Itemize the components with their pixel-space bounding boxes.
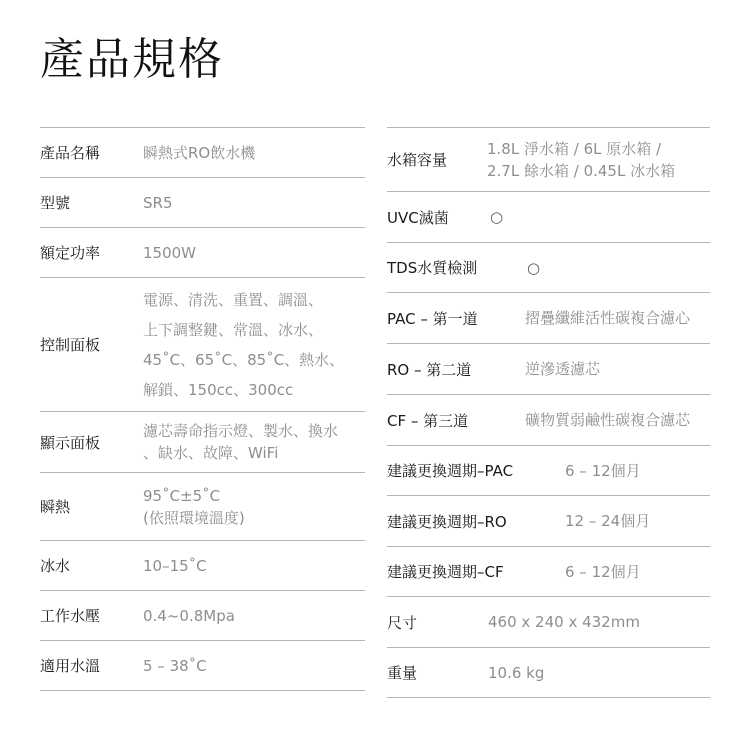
spec-row-uvc: UVC滅菌 ○ xyxy=(387,191,710,242)
spec-label: 瞬熱 xyxy=(40,496,143,517)
spec-label: CF – 第三道 xyxy=(387,410,525,431)
spec-value: 6 – 12個月 xyxy=(565,460,641,482)
spec-value: 礦物質弱鹼性碳複合濾芯 xyxy=(525,409,690,431)
spec-row-product-name: 產品名稱 瞬熱式RO飲水機 xyxy=(40,127,365,177)
spec-value: 電源、清洗、重置、調溫、 上下調整鍵、常溫、冰水、 45˚C、65˚C、85˚C… xyxy=(143,285,344,405)
spec-value: 摺疊纖維活性碳複合濾心 xyxy=(525,307,690,329)
spec-value: 460 x 240 x 432mm xyxy=(488,611,640,633)
spec-label: PAC – 第一道 xyxy=(387,308,525,329)
spec-value: 瞬熱式RO飲水機 xyxy=(143,142,255,164)
spec-row-water-temp: 適用水溫 5 – 38˚C xyxy=(40,640,365,691)
spec-value: 濾芯壽命指示燈、製水、換水 、缺水、故障、WiFi xyxy=(143,420,338,464)
spec-value: 1500W xyxy=(143,242,196,264)
spec-row-dimensions: 尺寸 460 x 240 x 432mm xyxy=(387,596,710,647)
spec-value: 逆滲透濾芯 xyxy=(525,358,600,380)
spec-row-instant-heat: 瞬熱 95˚C±5˚C (依照環境溫度) xyxy=(40,472,365,540)
circle-icon: ○ xyxy=(490,206,503,228)
spec-row-display-panel: 顯示面板 濾芯壽命指示燈、製水、換水 、缺水、故障、WiFi xyxy=(40,411,365,472)
spec-value: 5 – 38˚C xyxy=(143,655,207,677)
spec-label: RO – 第二道 xyxy=(387,359,525,380)
spec-row-water-pressure: 工作水壓 0.4~0.8Mpa xyxy=(40,590,365,640)
spec-row-weight: 重量 10.6 kg xyxy=(387,647,710,698)
spec-label: 建議更換週期–CF xyxy=(387,561,565,582)
spec-label: UVC滅菌 xyxy=(387,207,490,228)
spec-label: 水箱容量 xyxy=(387,149,487,170)
spec-value: SR5 xyxy=(143,192,173,214)
spec-label: 控制面板 xyxy=(40,334,143,355)
spec-row-rated-power: 額定功率 1500W xyxy=(40,227,365,277)
spec-row-ro: RO – 第二道 逆滲透濾芯 xyxy=(387,343,710,394)
page-title: 產品規格 xyxy=(40,38,224,82)
spec-value: 1.8L 淨水箱 / 6L 原水箱 / 2.7L 餘水箱 / 0.45L 冰水箱 xyxy=(487,138,675,182)
spec-label: 顯示面板 xyxy=(40,432,143,453)
spec-table-right: 水箱容量 1.8L 淨水箱 / 6L 原水箱 / 2.7L 餘水箱 / 0.45… xyxy=(387,127,710,698)
spec-label: 尺寸 xyxy=(387,612,488,633)
spec-value: 10.6 kg xyxy=(488,662,544,684)
circle-icon: ○ xyxy=(527,257,540,279)
spec-value: 6 – 12個月 xyxy=(565,561,641,583)
spec-label: 額定功率 xyxy=(40,242,143,263)
spec-label: 產品名稱 xyxy=(40,142,143,163)
spec-value: 10–15˚C xyxy=(143,555,207,577)
spec-row-model: 型號 SR5 xyxy=(40,177,365,227)
spec-value: 12 – 24個月 xyxy=(565,510,650,532)
spec-value: 0.4~0.8Mpa xyxy=(143,605,235,627)
spec-row-control-panel: 控制面板 電源、清洗、重置、調溫、 上下調整鍵、常溫、冰水、 45˚C、65˚C… xyxy=(40,277,365,411)
spec-row-pac: PAC – 第一道 摺疊纖維活性碳複合濾心 xyxy=(387,292,710,343)
spec-value: 95˚C±5˚C (依照環境溫度) xyxy=(143,485,245,529)
spec-row-cf: CF – 第三道 礦物質弱鹼性碳複合濾芯 xyxy=(387,394,710,445)
spec-row-replace-ro: 建議更換週期–RO 12 – 24個月 xyxy=(387,495,710,546)
spec-label: 型號 xyxy=(40,192,143,213)
spec-label: 重量 xyxy=(387,662,488,683)
spec-row-ice-water: 冰水 10–15˚C xyxy=(40,540,365,590)
spec-label: 適用水溫 xyxy=(40,655,143,676)
spec-label: 建議更換週期–PAC xyxy=(387,460,565,481)
spec-table-left: 產品名稱 瞬熱式RO飲水機 型號 SR5 額定功率 1500W 控制面板 電源、… xyxy=(40,127,365,691)
spec-label: 建議更換週期–RO xyxy=(387,511,565,532)
spec-row-tank-capacity: 水箱容量 1.8L 淨水箱 / 6L 原水箱 / 2.7L 餘水箱 / 0.45… xyxy=(387,127,710,191)
spec-row-replace-pac: 建議更換週期–PAC 6 – 12個月 xyxy=(387,445,710,495)
spec-row-tds: TDS水質檢測 ○ xyxy=(387,242,710,292)
spec-label: 工作水壓 xyxy=(40,605,143,626)
spec-row-replace-cf: 建議更換週期–CF 6 – 12個月 xyxy=(387,546,710,596)
spec-label: 冰水 xyxy=(40,555,143,576)
spec-label: TDS水質檢測 xyxy=(387,257,527,278)
